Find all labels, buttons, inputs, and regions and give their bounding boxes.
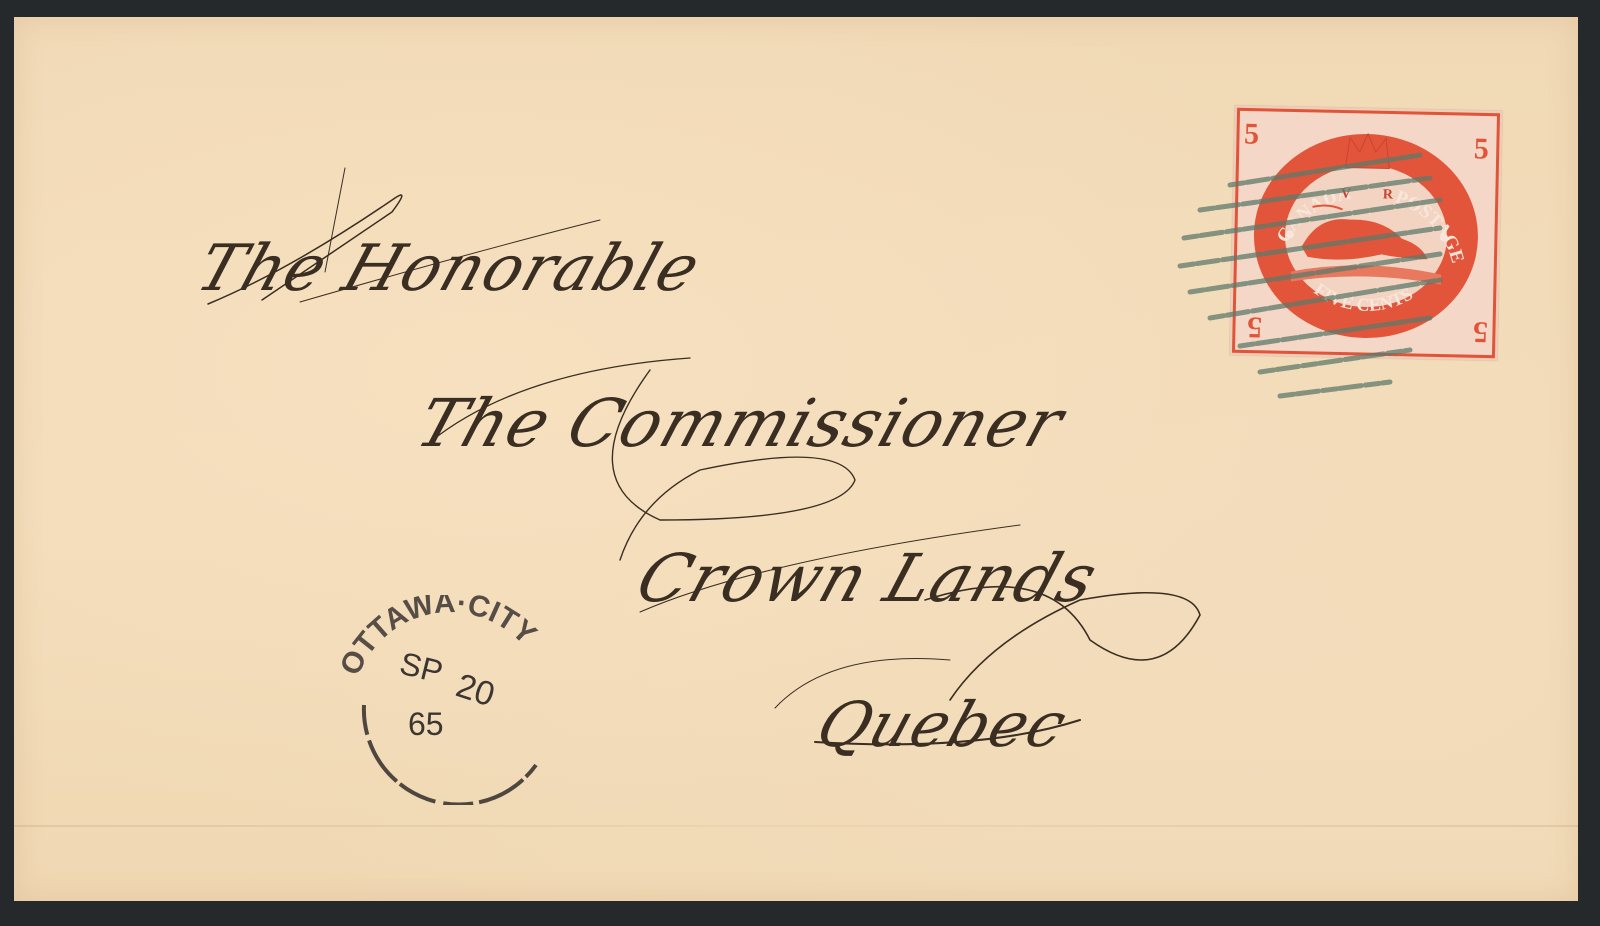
- address-line-quebec: Quebec: [808, 688, 1076, 761]
- envelope-fold-line: [14, 825, 1578, 827]
- address-line-honorable: The Honorable: [188, 232, 709, 306]
- postmark-month: SP: [396, 645, 446, 690]
- address-line-commissioner: The Commissioner: [407, 385, 1073, 462]
- corner-numeral-tl: 5: [1244, 117, 1260, 150]
- postmark-day: 20: [452, 666, 500, 714]
- bar-cancellation: [1170, 150, 1550, 420]
- scanned-cover: 5 5 5 5 CANADA POSTAGE FIVE CENTS V R: [0, 0, 1600, 926]
- postmark-year: 65: [408, 706, 444, 742]
- ottawa-city-postmark: OTTAWA·CITY SP 20 65: [336, 595, 576, 805]
- address-line-crown-lands: Crown Lands: [627, 540, 1107, 617]
